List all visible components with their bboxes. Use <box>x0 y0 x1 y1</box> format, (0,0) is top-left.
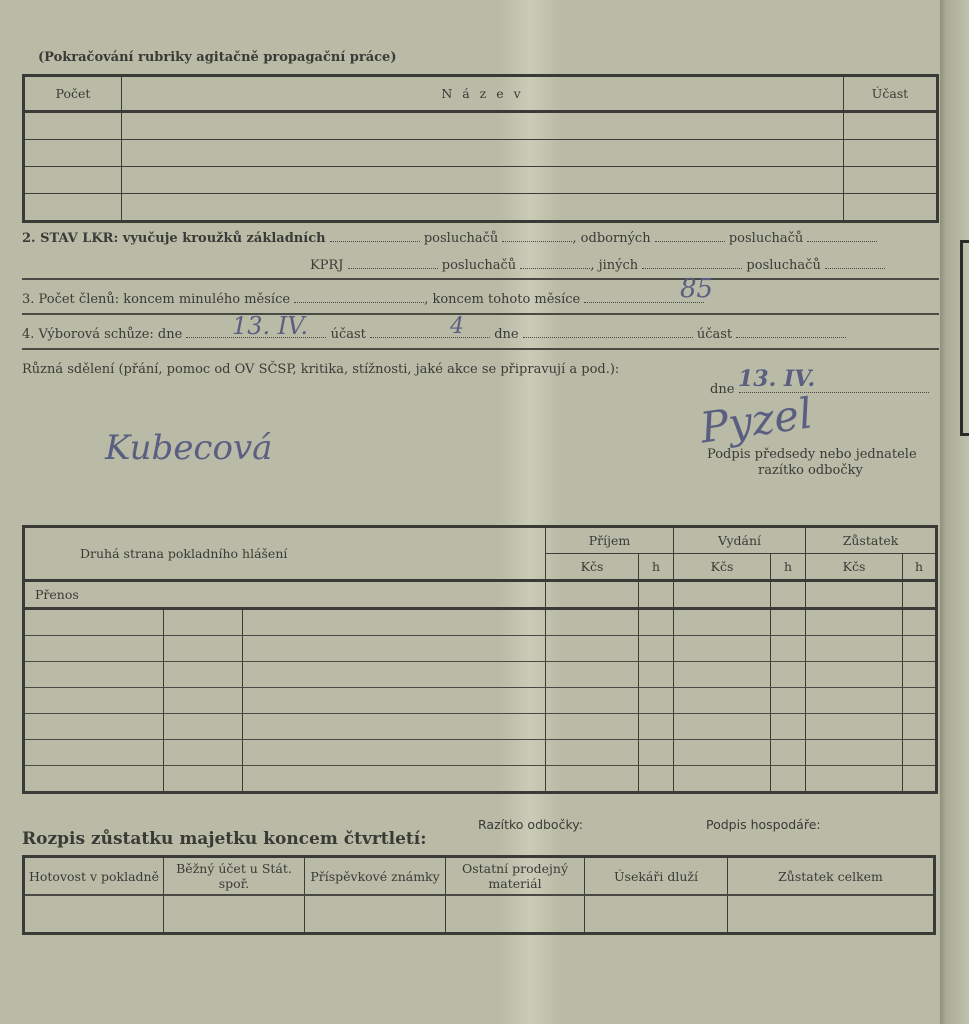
cell[interactable] <box>771 609 806 636</box>
cell[interactable] <box>903 581 937 609</box>
cell[interactable] <box>639 714 674 740</box>
table-row <box>24 609 937 636</box>
table-row <box>24 167 938 194</box>
divider <box>22 348 939 350</box>
col-h: h <box>903 554 937 581</box>
cell[interactable] <box>546 662 639 688</box>
cell[interactable] <box>806 740 903 766</box>
cell[interactable] <box>24 714 164 740</box>
field-zakladnich[interactable] <box>330 231 420 242</box>
cell[interactable] <box>164 688 243 714</box>
cell[interactable] <box>243 609 546 636</box>
table-row <box>24 688 937 714</box>
cell[interactable] <box>24 636 164 662</box>
cell[interactable] <box>903 609 937 636</box>
ucast-label: účast <box>331 327 366 342</box>
cell[interactable] <box>305 895 446 934</box>
cell[interactable] <box>24 112 122 140</box>
cell[interactable] <box>243 714 546 740</box>
cell[interactable] <box>728 895 935 934</box>
cell[interactable] <box>806 714 903 740</box>
col-zustatek-celkem: Zůstatek celkem <box>728 857 935 896</box>
cell[interactable] <box>903 714 937 740</box>
handwritten-members-count: 85 <box>680 274 713 304</box>
divider <box>22 313 939 315</box>
cell[interactable] <box>164 662 243 688</box>
cell[interactable] <box>24 167 122 194</box>
agitation-table: Počet N á z e v Účast <box>22 74 939 223</box>
cell[interactable] <box>903 688 937 714</box>
cell[interactable] <box>243 766 546 793</box>
cell[interactable] <box>243 636 546 662</box>
divider <box>22 278 939 280</box>
ucast-label: účast <box>697 327 732 342</box>
table-row <box>24 194 938 222</box>
cell[interactable] <box>771 688 806 714</box>
cell[interactable] <box>24 609 164 636</box>
field-posluchacu-1[interactable] <box>502 231 572 242</box>
stav-lkr-line2: KPRJ posluchačů , jiných posluchačů <box>310 258 885 273</box>
cell[interactable] <box>903 662 937 688</box>
col-prispevkove-znamky: Příspěvkové známky <box>305 857 446 896</box>
col-ostatni-material: Ostatní prodejný materiál <box>446 857 585 896</box>
col-kcs: Kčs <box>674 554 771 581</box>
cell[interactable] <box>546 581 639 609</box>
cell[interactable] <box>844 167 938 194</box>
cell[interactable] <box>806 581 903 609</box>
cell[interactable] <box>806 636 903 662</box>
cell[interactable] <box>24 766 164 793</box>
dne-label: dne <box>494 327 518 342</box>
field-posluchacu-3[interactable] <box>520 258 590 269</box>
cell[interactable] <box>122 112 844 140</box>
pocet-clenu-label: 3. Počet členů: koncem minulého měsíce <box>22 292 290 307</box>
cell[interactable] <box>546 740 639 766</box>
cell[interactable] <box>674 740 771 766</box>
cell[interactable] <box>639 636 674 662</box>
stav-lkr-line1: 2. STAV LKR: vyučuje kroužků základních … <box>22 231 877 246</box>
col-kcs: Kčs <box>546 554 639 581</box>
cell[interactable] <box>806 688 903 714</box>
cell[interactable] <box>546 636 639 662</box>
col-hotovost: Hotovost v pokladně <box>24 857 164 896</box>
sign-caption-2: razítko odbočky <box>758 463 863 478</box>
stav-lkr-label: 2. STAV LKR: vyučuje kroužků základních <box>22 231 326 246</box>
table-row <box>24 662 937 688</box>
cell[interactable] <box>771 766 806 793</box>
adjacent-page-edge: ​ ​ <box>940 0 969 1024</box>
table-row <box>24 714 937 740</box>
handwritten-meeting-date: 13. IV. <box>232 312 308 340</box>
cell[interactable] <box>903 636 937 662</box>
table-row <box>24 740 937 766</box>
cell[interactable] <box>639 609 674 636</box>
cell[interactable] <box>122 167 844 194</box>
cell[interactable] <box>771 636 806 662</box>
cell[interactable] <box>24 662 164 688</box>
cell[interactable] <box>585 895 728 934</box>
cell[interactable] <box>546 766 639 793</box>
rozpis-title: Rozpis zůstatku majetku koncem čtvrtletí… <box>22 829 427 849</box>
field-odbornych[interactable] <box>655 231 725 242</box>
cash-report-title: Druhá strana pokladního hlášení <box>24 527 546 581</box>
cell[interactable] <box>24 895 164 934</box>
cell[interactable] <box>164 609 243 636</box>
form-page: (Pokračování rubriky agitačně propagační… <box>0 0 940 1024</box>
col-h: h <box>771 554 806 581</box>
cell[interactable] <box>674 662 771 688</box>
handwritten-attendance: 4 <box>450 314 464 339</box>
cell[interactable] <box>243 662 546 688</box>
cell[interactable] <box>164 636 243 662</box>
vyborova-schuze-label: 4. Výborová schůze: dne <box>22 327 182 342</box>
cell[interactable] <box>771 581 806 609</box>
cell[interactable] <box>806 609 903 636</box>
cell[interactable] <box>24 140 122 167</box>
cell[interactable] <box>164 766 243 793</box>
jinych-label: , jiných <box>590 258 638 273</box>
adjacent-box <box>960 240 969 436</box>
field-ucast[interactable] <box>370 327 490 338</box>
podpis-hospodare-label: Podpis hospodáře: <box>706 817 821 832</box>
prenos-label: Přenos <box>24 581 546 609</box>
cell[interactable] <box>771 714 806 740</box>
cell[interactable] <box>806 662 903 688</box>
cell[interactable] <box>674 714 771 740</box>
cell[interactable] <box>903 766 937 793</box>
cell[interactable] <box>164 714 243 740</box>
table-row <box>24 636 937 662</box>
pocet-clenu-line: 3. Počet členů: koncem minulého měsíce ,… <box>22 292 704 307</box>
cell[interactable] <box>639 740 674 766</box>
odbornych-label: , odborných <box>572 231 650 246</box>
cell[interactable] <box>164 895 305 934</box>
col-nazev: N á z e v <box>122 76 844 112</box>
vyborova-schuze-line: 4. Výborová schůze: dne účast dne účast <box>22 327 846 342</box>
col-bezny-ucet: Běžný účet u Stát. spoř. <box>164 857 305 896</box>
posluchacu-label: posluchačů <box>442 258 516 273</box>
sign-caption-1: Podpis předsedy nebo jednatele <box>707 447 917 462</box>
signature: Pyzel <box>697 388 815 452</box>
cell[interactable] <box>639 766 674 793</box>
posluchacu-label: posluchačů <box>424 231 498 246</box>
cell[interactable] <box>844 194 938 222</box>
cell[interactable] <box>24 194 122 222</box>
cell[interactable] <box>24 688 164 714</box>
cell[interactable] <box>674 636 771 662</box>
col-usekari-dluzi: Úsekáři dluží <box>585 857 728 896</box>
col-h: h <box>639 554 674 581</box>
cell[interactable] <box>546 688 639 714</box>
cell[interactable] <box>903 740 937 766</box>
col-pocet: Počet <box>24 76 122 112</box>
col-kcs: Kčs <box>806 554 903 581</box>
cell[interactable] <box>639 662 674 688</box>
field-jinych[interactable] <box>642 258 742 269</box>
cell[interactable] <box>243 740 546 766</box>
cell[interactable] <box>844 140 938 167</box>
cell[interactable] <box>546 714 639 740</box>
kprj-label: KPRJ <box>310 258 343 273</box>
group-prijem: Příjem <box>546 527 674 554</box>
assets-breakdown-table: Hotovost v pokladně Běžný účet u Stát. s… <box>22 855 936 935</box>
cell[interactable] <box>806 766 903 793</box>
cell[interactable] <box>639 581 674 609</box>
col-ucast: Účast <box>844 76 938 112</box>
cell[interactable] <box>546 609 639 636</box>
tohoto-mesice-label: , koncem tohoto měsíce <box>424 292 580 307</box>
cell[interactable] <box>24 740 164 766</box>
table-row <box>24 140 938 167</box>
cell[interactable] <box>122 194 844 222</box>
table-row <box>24 766 937 793</box>
table-row <box>24 895 935 934</box>
cell[interactable] <box>674 766 771 793</box>
field-ucast-2[interactable] <box>736 327 846 338</box>
field-posluchacu-2[interactable] <box>807 231 877 242</box>
posluchacu-label: posluchačů <box>729 231 803 246</box>
cash-report-table: Druhá strana pokladního hlášení Příjem V… <box>22 525 938 794</box>
cell[interactable] <box>639 688 674 714</box>
cell[interactable] <box>674 609 771 636</box>
table-row <box>24 112 938 140</box>
cell[interactable] <box>674 688 771 714</box>
group-zustatek: Zůstatek <box>806 527 937 554</box>
cell[interactable] <box>164 740 243 766</box>
cell[interactable] <box>674 581 771 609</box>
cell[interactable] <box>771 740 806 766</box>
section-title-agitation: (Pokračování rubriky agitačně propagační… <box>38 50 396 65</box>
field-minuleho-mesice[interactable] <box>294 292 424 303</box>
cell[interactable] <box>771 662 806 688</box>
cell[interactable] <box>844 112 938 140</box>
dne-label: dne <box>710 382 734 397</box>
cell[interactable] <box>243 688 546 714</box>
group-vydani: Vydání <box>674 527 806 554</box>
posluchacu-label: posluchačů <box>746 258 820 273</box>
cell[interactable] <box>446 895 585 934</box>
ruzna-sdeleni-label: Různá sdělení (přání, pomoc od OV SČSP, … <box>22 362 619 377</box>
field-dne-2[interactable] <box>523 327 693 338</box>
handwritten-name: Kubecová <box>105 428 272 468</box>
razitko-label: Razítko odbočky: <box>478 817 583 832</box>
field-kprj[interactable] <box>348 258 438 269</box>
cell[interactable] <box>122 140 844 167</box>
field-posluchacu-4[interactable] <box>825 258 885 269</box>
